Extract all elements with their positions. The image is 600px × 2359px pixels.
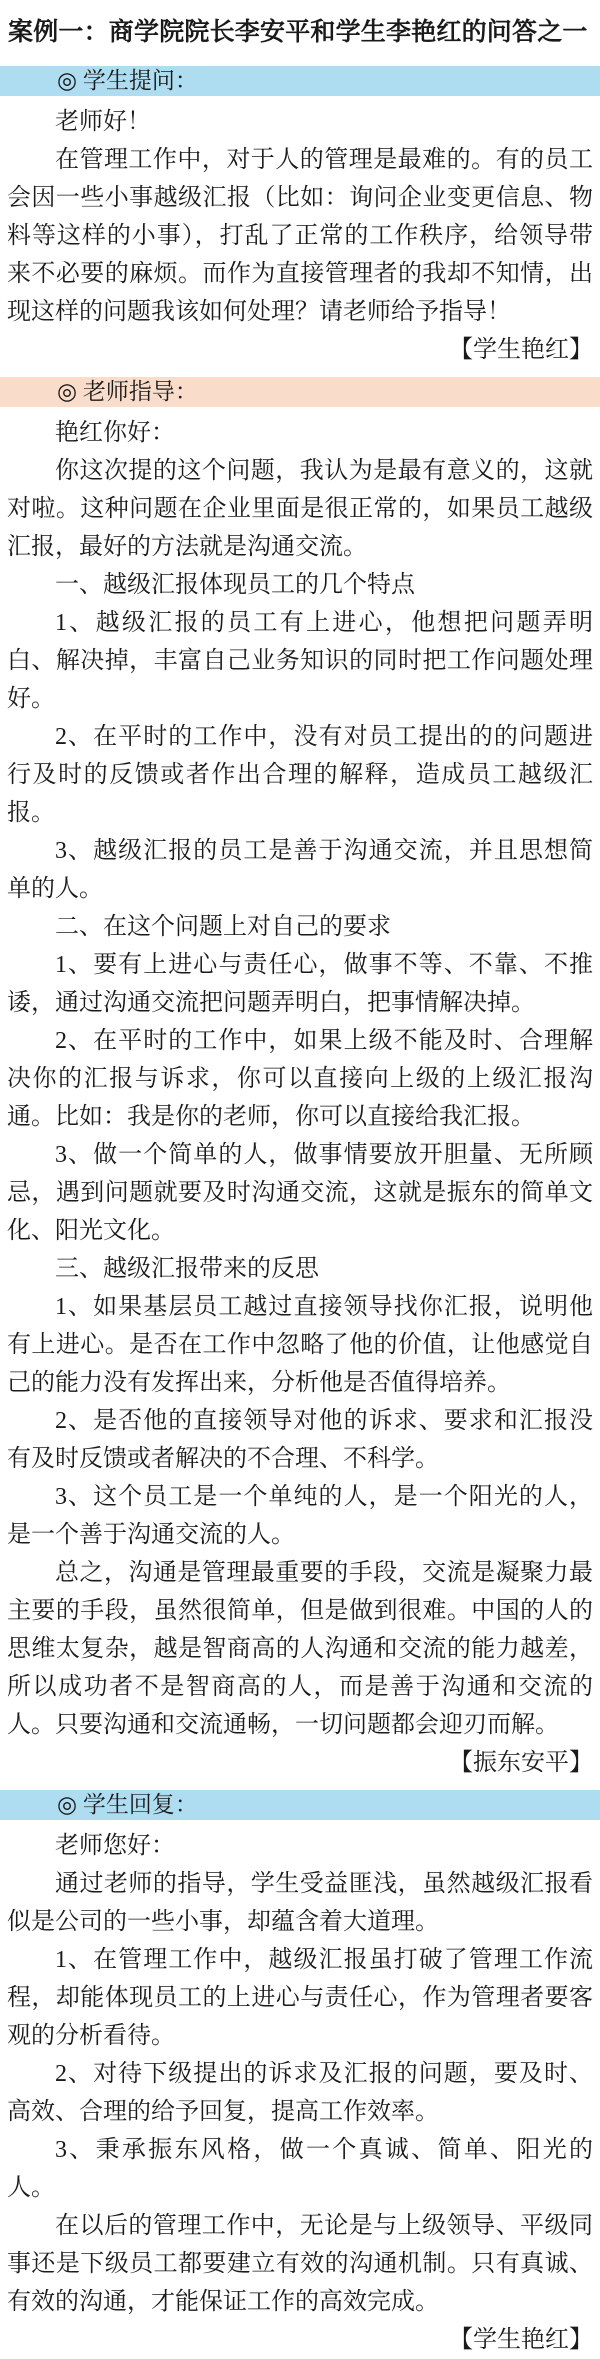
section-header-teacher-guidance: ◎ 老师指导： xyxy=(0,377,600,407)
list-item: 3、这个员工是一个单纯的人，是一个阳光的人，是一个善于沟通交流的人。 xyxy=(0,1478,600,1554)
section-student-reply: ◎ 学生回复： 老师您好： 通过老师的指导，学生受益匪浅，虽然越级汇报看似是公司… xyxy=(0,1790,600,2359)
list-item: 2、在平时的工作中，如果上级不能及时、合理解决你的汇报与诉求，你可以直接向上级的… xyxy=(0,1022,600,1136)
paragraph: 总之，沟通是管理最重要的手段，交流是凝聚力最主要的手段，虽然很简单，但是做到很难… xyxy=(0,1554,600,1744)
list-heading: 三、越级汇报带来的反思 xyxy=(0,1250,600,1288)
paragraph: 通过老师的指导，学生受益匪浅，虽然越级汇报看似是公司的一些小事，却蕴含着大道理。 xyxy=(0,1865,600,1941)
list-item: 1、在管理工作中，越级汇报虽打破了管理工作流程，却能体现员工的上进心与责任心，作… xyxy=(0,1941,600,2055)
signature-student: 【学生艳红】 xyxy=(0,331,600,369)
section-teacher-guidance: ◎ 老师指导： 艳红你好： 你这次提的这个问题，我认为是最有意义的，这就对啦。这… xyxy=(0,377,600,1782)
list-item: 1、如果基层员工越过直接领导找你汇报，说明他有上进心。是否在工作中忽略了他的价值… xyxy=(0,1288,600,1402)
list-item: 2、对待下级提出的诉求及汇报的问题，要及时、高效、合理的给予回复，提高工作效率。 xyxy=(0,2055,600,2131)
list-item: 3、秉承振东风格，做一个真诚、简单、阳光的人。 xyxy=(0,2131,600,2207)
paragraph: 老师好！ xyxy=(0,103,600,141)
list-item: 1、越级汇报的员工有上进心，他想把问题弄明白、解决掉，丰富自己业务知识的同时把工… xyxy=(0,604,600,718)
signature-teacher: 【振东安平】 xyxy=(0,1744,600,1782)
signature-student: 【学生艳红】 xyxy=(0,2321,600,2359)
paragraph: 你这次提的这个问题，我认为是最有意义的，这就对啦。这种问题在企业里面是很正常的，… xyxy=(0,452,600,566)
paragraph: 老师您好： xyxy=(0,1827,600,1865)
list-heading: 二、在这个问题上对自己的要求 xyxy=(0,908,600,946)
list-item: 2、是否他的直接领导对他的诉求、要求和汇报没有及时反馈或者解决的不合理、不科学。 xyxy=(0,1402,600,1478)
document-page: 案例一：商学院院长李安平和学生李艳红的问答之一 ◎ 学生提问： 老师好！ 在管理… xyxy=(0,0,600,2359)
section-header-student-reply: ◎ 学生回复： xyxy=(0,1790,600,1820)
list-item: 1、要有上进心与责任心，做事不等、不靠、不推诿，通过沟通交流把问题弄明白，把事情… xyxy=(0,946,600,1022)
list-item: 3、做一个简单的人，做事情要放开胆量、无所顾忌，遇到问题就要及时沟通交流，这就是… xyxy=(0,1136,600,1250)
list-heading: 一、越级汇报体现员工的几个特点 xyxy=(0,566,600,604)
section-student-question: ◎ 学生提问： 老师好！ 在管理工作中，对于人的管理是最难的。有的员工会因一些小… xyxy=(0,66,600,369)
paragraph: 在以后的管理工作中，无论是与上级领导、平级同事还是下级员工都要建立有效的沟通机制… xyxy=(0,2207,600,2321)
paragraph: 艳红你好： xyxy=(0,414,600,452)
list-item: 3、越级汇报的员工是善于沟通交流，并且思想简单的人。 xyxy=(0,832,600,908)
section-header-student-question: ◎ 学生提问： xyxy=(0,66,600,96)
paragraph: 在管理工作中，对于人的管理是最难的。有的员工会因一些小事越级汇报（比如：询问企业… xyxy=(0,141,600,331)
list-item: 2、在平时的工作中，没有对员工提出的的问题进行及时的反馈或者作出合理的解释，造成… xyxy=(0,718,600,832)
page-title: 案例一：商学院院长李安平和学生李艳红的问答之一 xyxy=(0,0,600,58)
